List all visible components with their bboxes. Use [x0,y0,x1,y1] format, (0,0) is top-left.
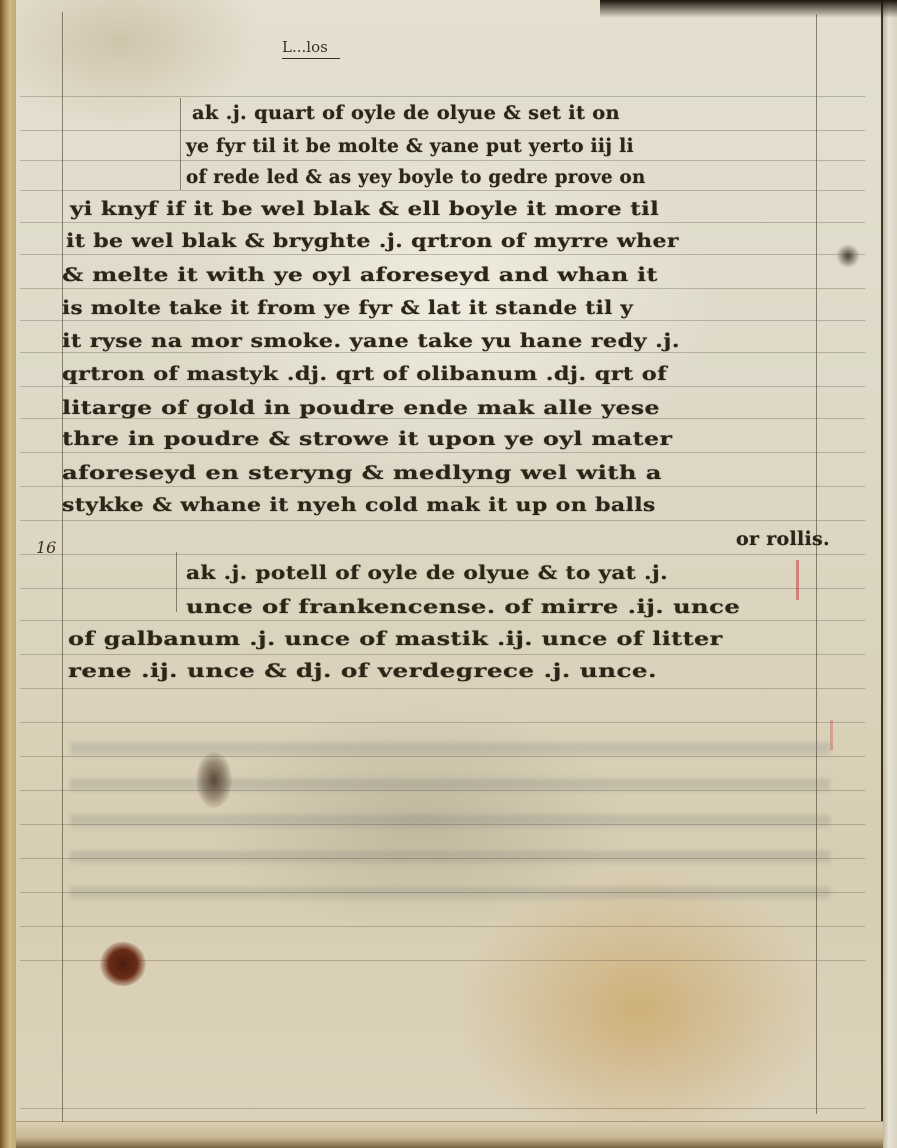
text-line: litarge of gold in poudre ende mak alle … [62,397,660,419]
text-line: thre in poudre & strowe it upon ye oyl m… [62,428,672,450]
manuscript-page: L...los 16 ak .j. quart of oyle de olyue… [0,0,897,1148]
text-line: of galbanum .j. unce of mastik .ij. unce… [68,628,723,650]
text-line: ak .j. potell of oyle de olyue & to yat … [186,562,668,584]
text-line: of rede led & as yey boyle to gedre prov… [186,166,646,188]
text-line: & melte it with ye oyl aforeseyd and wha… [62,264,658,286]
text-line: it ryse na mor smoke. yane take yu hane … [62,330,680,352]
text-line: ak .j. quart of oyle de olyue & set it o… [192,102,620,124]
text-line: it be wel blak & bryghte .j. qrtron of m… [66,230,679,252]
text-line: stykke & whane it nyeh cold mak it up on… [62,494,656,516]
text-line: yi knyf if it be wel blak & ell boyle it… [70,198,659,220]
text-line: rene .ij. unce & dj. of verdegrece .j. u… [68,660,657,682]
text-line: aforeseyd en steryng & medlyng wel with … [62,462,662,484]
text-line: unce of frankencense. of mirre .ij. unce [186,596,740,618]
text-line: ye fyr til it be molte & yane put yerto … [186,135,634,157]
text-line: is molte take it from ye fyr & lat it st… [62,297,633,319]
text-line: qrtron of mastyk .dj. qrt of olibanum .d… [62,363,667,385]
text-line: or rollis. [736,528,830,550]
text-block: ak .j. quart of oyle de olyue & set it o… [0,0,897,1148]
